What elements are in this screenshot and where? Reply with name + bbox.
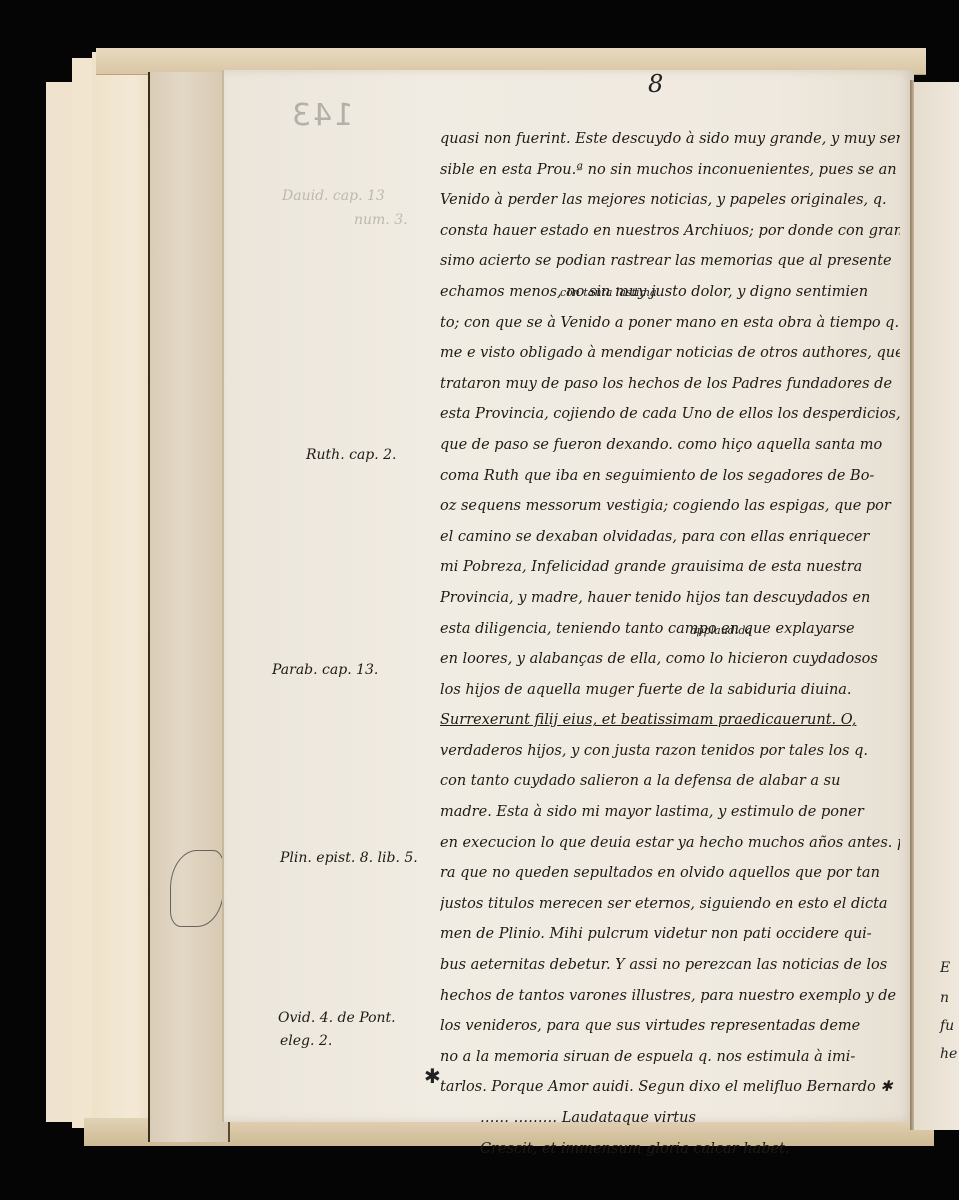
bleed-through-text: Dauid. cap. 13 bbox=[282, 188, 385, 204]
text-line: echamos menos, no sin muy justo dolor, y… bbox=[440, 277, 900, 308]
text-line: verdaderos hijos, y con justa razon teni… bbox=[440, 736, 900, 767]
text-line: justos titulos merecen ser eternos, sigu… bbox=[440, 889, 900, 920]
margin-note-citation: Ruth. cap. 2. bbox=[306, 447, 397, 463]
verse-line: Crescit, et immensum gloria calcar habet… bbox=[440, 1134, 900, 1165]
text-line: trataron muy de paso los hechos de los P… bbox=[440, 369, 900, 400]
text-line: esta Provincia, cojiendo de cada Uno de … bbox=[440, 399, 900, 430]
facing-page-fragment: fu bbox=[940, 1018, 954, 1034]
text-line: oz sequens messorum vestigia; cogiendo l… bbox=[440, 491, 900, 522]
bleed-through-text: num. 3. bbox=[354, 212, 408, 228]
ink-scribble-mark bbox=[170, 850, 224, 927]
text-line: ra que no queden sepultados en olvido aq… bbox=[440, 858, 900, 889]
facing-page-fragment: n bbox=[940, 990, 949, 1006]
text-line: to; con que se à Venido a poner mano en … bbox=[440, 308, 900, 339]
text-line: los hijos de aquella muger fuerte de la … bbox=[440, 675, 900, 706]
text-line: me e visto obligado à mendigar noticias … bbox=[440, 338, 900, 369]
facing-page-edge bbox=[914, 82, 959, 1130]
text-line: men de Plinio. Mihi pulcrum videtur non … bbox=[440, 919, 900, 950]
text-line: madre. Esta à sido mi mayor lastima, y e… bbox=[440, 797, 900, 828]
text-line: hechos de tantos varones illustres, para… bbox=[440, 981, 900, 1012]
facing-page-fragment: he bbox=[940, 1046, 957, 1062]
text-line: mi Pobreza, Infelicidad grande grauisima… bbox=[440, 552, 900, 583]
text-line: coma Ruth que iba en seguimiento de los … bbox=[440, 461, 900, 492]
text-line: los venideros, para que sus virtudes rep… bbox=[440, 1011, 900, 1042]
text-line: simo acierto se podian rastrear las memo… bbox=[440, 246, 900, 277]
verse-line: …… ……… Laudataque virtus bbox=[440, 1103, 900, 1134]
text-line: quasi non fuerint. Este descuydo à sido … bbox=[440, 124, 900, 155]
text-line: bus aeternitas debetur. Y assi no perezc… bbox=[440, 950, 900, 981]
facing-page-fragment: E bbox=[940, 960, 950, 976]
margin-note-citation: Parab. cap. 13. bbox=[272, 662, 378, 678]
text-line: con tanto cuydado salieron a la defensa … bbox=[440, 766, 900, 797]
text-line: en execucion lo que deuia estar ya hecho… bbox=[440, 828, 900, 859]
manuscript-body: quasi non fuerint. Este descuydo à sido … bbox=[440, 124, 900, 1164]
footnote-asterisk-icon: ✱ bbox=[424, 1064, 441, 1088]
text-line: tarlos. Porque Amor auidi. Segun dixo el… bbox=[440, 1072, 900, 1103]
text-line: Provincia, y madre, hauer tenido hijos t… bbox=[440, 583, 900, 614]
text-line: Venido à perder las mejores noticias, y … bbox=[440, 185, 900, 216]
torn-leaf-strip bbox=[148, 72, 230, 1142]
text-line: en loores, y alabanças de ella, como lo … bbox=[440, 644, 900, 675]
text-line: el camino se dexaban olvidadas, para con… bbox=[440, 522, 900, 553]
pencil-folio-number: 143 bbox=[290, 98, 353, 133]
text-line: sible en esta Prou.ª no sin muchos incon… bbox=[440, 155, 900, 186]
page-mark: 8 bbox=[648, 70, 663, 98]
text-line: que de paso se fueron dexando. como hiço… bbox=[440, 430, 900, 461]
margin-note-citation: eleg. 2. bbox=[280, 1033, 332, 1049]
margin-note-citation: Ovid. 4. de Pont. bbox=[278, 1010, 396, 1026]
text-line: consta hauer estado en nuestros Archiuos… bbox=[440, 216, 900, 247]
text-line: esta diligencia, teniendo tanto campo en… bbox=[440, 614, 900, 645]
text-line: no a la memoria siruan de espuela q. nos… bbox=[440, 1042, 900, 1073]
text-line: Surrexerunt filij eius, et beatissimam p… bbox=[440, 705, 900, 736]
margin-note-citation: Plin. epist. 8. lib. 5. bbox=[280, 850, 418, 866]
